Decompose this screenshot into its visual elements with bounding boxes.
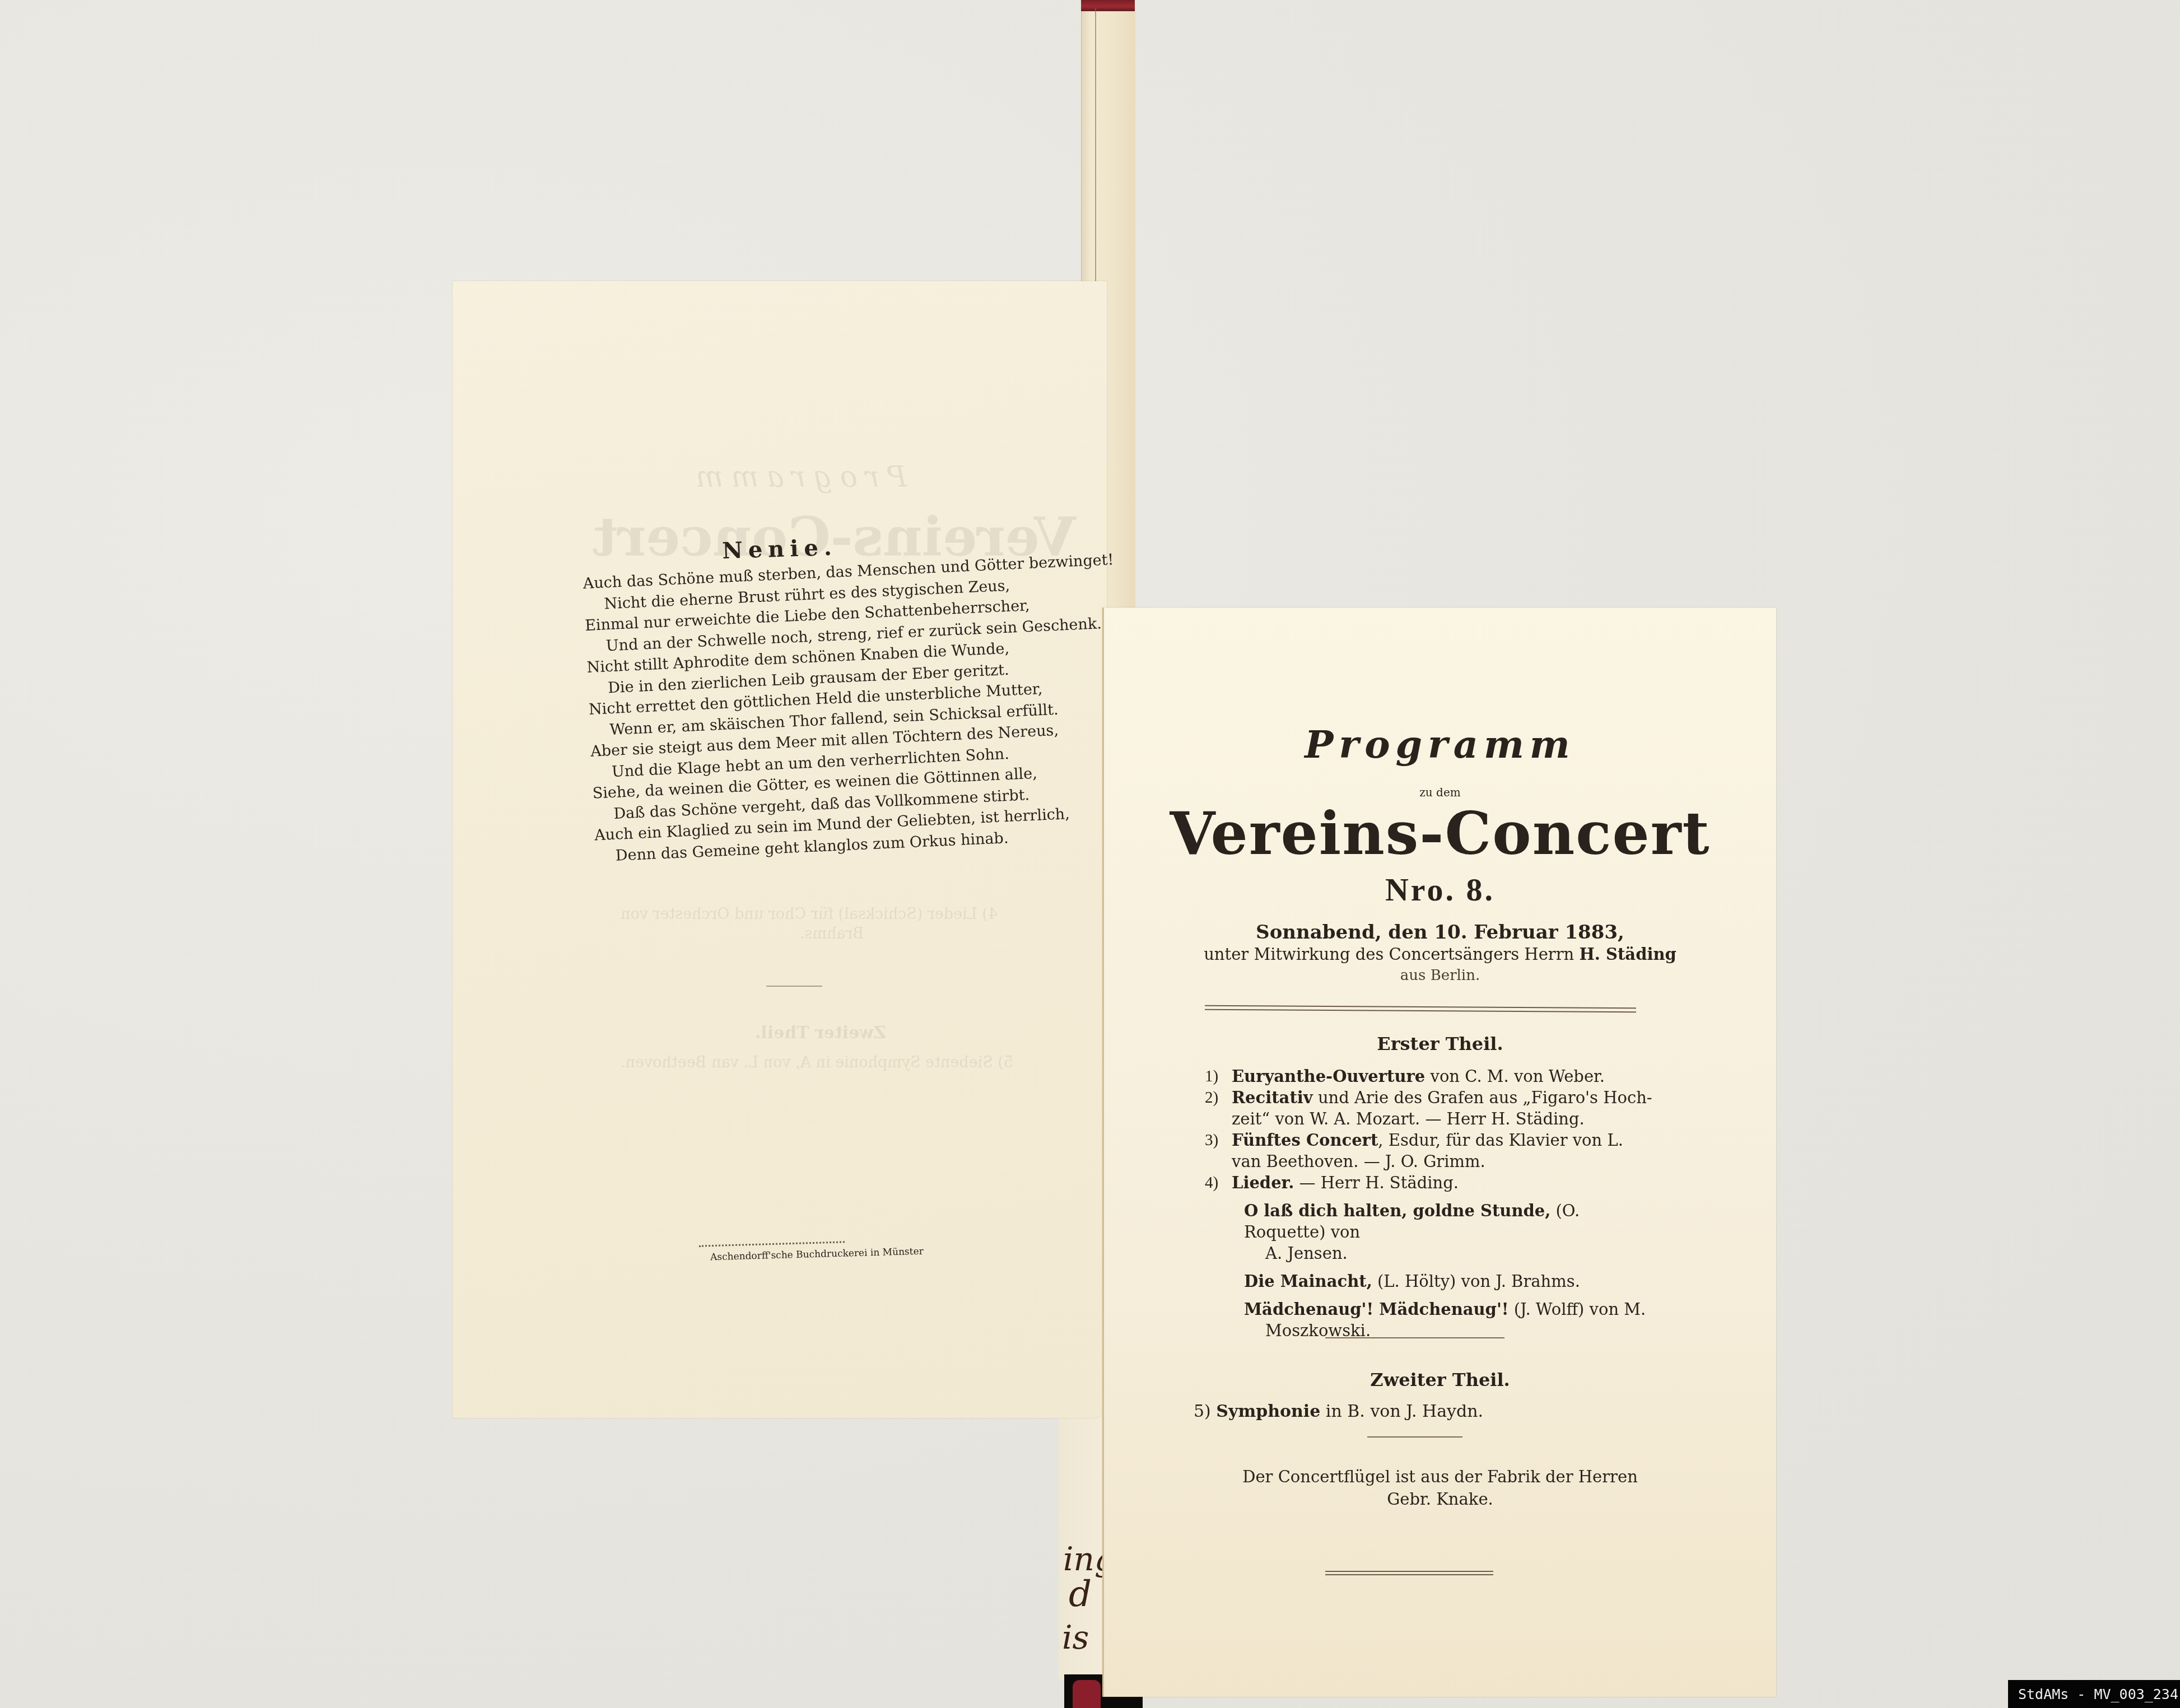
concert-number: Nro. 8.: [1104, 871, 1776, 908]
handwriting-fragment: is: [1062, 1618, 1089, 1656]
program-item: 3)Fünftes Concert, Esdur, für das Klavie…: [1205, 1130, 1653, 1172]
singer-origin: aus Berlin.: [1104, 967, 1776, 984]
song-title: O laß dich halten, goldne Stunde,: [1244, 1201, 1550, 1220]
item-title: Lieder.: [1232, 1173, 1294, 1192]
section-divider: [1367, 1436, 1462, 1438]
song-entry: Die Mainacht, (L. Hölty) von J. Brahms.: [1205, 1271, 1653, 1292]
bleed-through-line: Zweiter Theil.: [755, 1023, 886, 1043]
item-title: Fünftes Concert: [1232, 1131, 1378, 1150]
bleed-through-line: Brahms.: [800, 925, 864, 942]
program-title: Programm: [1104, 722, 1776, 767]
bleed-through-line: 4) Lieder (Schicksal) für Chor und Orche…: [621, 906, 998, 923]
program-item: 2)Recitativ und Arie des Grafen aus „Fig…: [1205, 1087, 1653, 1130]
song-title: Die Mainacht,: [1244, 1272, 1372, 1291]
song-composer: A. Jensen.: [1244, 1243, 1653, 1264]
archive-caption: StdAMs - MV_003_234: [2008, 1680, 2180, 1708]
bleed-through-title: Programm: [688, 460, 907, 494]
item-number: 2): [1205, 1087, 1218, 1108]
closing-divider: [1325, 1571, 1493, 1575]
song-entry: Mädchenaug'! Mädchenaug'! (J. Wolff) von…: [1205, 1299, 1653, 1341]
item-detail: von C. M. von Weber.: [1425, 1067, 1605, 1086]
collaboration-line: unter Mitwirkung des Concertsängers Herr…: [1104, 945, 1776, 964]
song-entry: O laß dich halten, goldne Stunde, (O. Ro…: [1205, 1200, 1653, 1264]
handwriting-fragment: d: [1069, 1574, 1092, 1615]
song-title: Mädchenaug'! Mädchenaug'!: [1244, 1300, 1509, 1319]
part-one-heading: Erster Theil.: [1104, 1033, 1776, 1054]
item-title: Euryanthe-Ouverture: [1232, 1067, 1425, 1086]
piano-note: Der Concertflügel ist aus der Fabrik der…: [1104, 1466, 1776, 1510]
piano-note-line: Der Concertflügel ist aus der Fabrik der…: [1104, 1466, 1776, 1488]
program-item: 4)Lieder. — Herr H. Städing.: [1205, 1172, 1653, 1193]
item-detail: in B. von J. Haydn.: [1320, 1402, 1483, 1421]
part-two-heading: Zweiter Theil.: [1104, 1369, 1776, 1390]
program-item: 5) Symphonie in B. von J. Haydn.: [1194, 1402, 1483, 1421]
concert-date: Sonnabend, den 10. Februar 1883,: [1104, 921, 1776, 944]
double-divider: [1205, 1005, 1636, 1013]
piano-note-line: Gebr. Knake.: [1104, 1488, 1776, 1510]
bleed-through-rule: [766, 986, 822, 987]
item-number: 1): [1205, 1066, 1218, 1087]
right-page-program: Programm zu dem Vereins-Concert Nro. 8. …: [1102, 608, 1776, 1697]
printer-wavy-rule: [699, 1241, 845, 1247]
item-number: 5): [1194, 1402, 1211, 1421]
item-title: Recitativ: [1232, 1088, 1313, 1107]
song-credit: (L. Hölty) von J. Brahms.: [1372, 1272, 1580, 1291]
item-number: 4): [1205, 1172, 1218, 1193]
poem-body: Auch das Schöne muß sterben, das Mensche…: [583, 551, 1088, 867]
underlying-leaf: ing d is: [1059, 1411, 1104, 1680]
part-one-program-list: 1)Euryanthe-Ouverture von C. M. von Webe…: [1205, 1066, 1653, 1341]
collaboration-prefix: unter Mitwirkung des Concertsängers Herr…: [1204, 945, 1579, 964]
item-detail: — Herr H. Städing.: [1294, 1173, 1459, 1192]
bleed-through-line: 5) Siebente Symphonie in A, von L. van B…: [621, 1054, 1013, 1071]
left-page-nenie: Programm Vereins-Concert 4) Lieder (Schi…: [453, 281, 1107, 1418]
item-number: 3): [1205, 1130, 1218, 1151]
singer-name: H. Städing: [1579, 945, 1676, 964]
concert-heading: Vereins-Concert: [1104, 799, 1776, 868]
binding-red-tailband: [1073, 1680, 1101, 1708]
program-item: 1)Euryanthe-Ouverture von C. M. von Webe…: [1205, 1066, 1653, 1087]
program-subtitle: zu dem: [1104, 786, 1776, 799]
song-credit: (J. Wolff) von M.: [1509, 1300, 1646, 1319]
item-title: Symphonie: [1216, 1402, 1320, 1421]
binding-red-headband: [1081, 0, 1135, 11]
section-divider: [1325, 1337, 1504, 1338]
printer-imprint: Aschendorff'sche Buchdruckerei in Münste…: [710, 1246, 924, 1263]
